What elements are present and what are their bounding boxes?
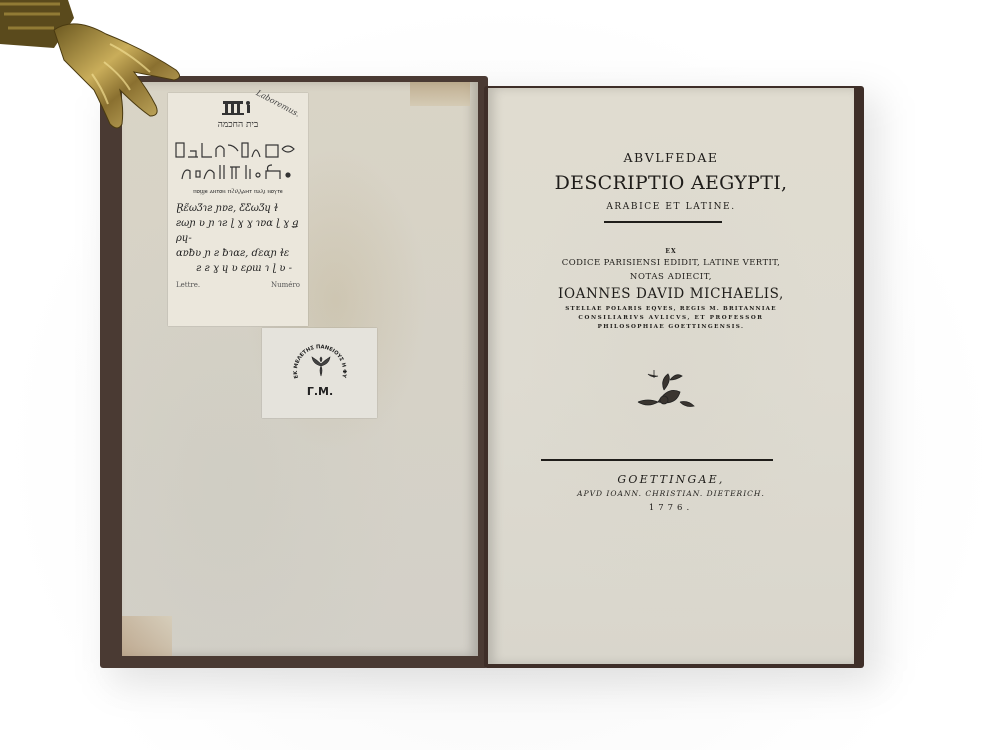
demotic-line: ɑɐƀʋ ɲ ƨ ƀɿɑƨ, ɗɛɑɲ ɫɛ <box>176 246 302 261</box>
bookplate-hieroglyphs <box>174 139 302 189</box>
title-page-editor: IOANNES DAVID MICHAELIS, <box>488 286 854 302</box>
phoenix-seal: ΕΚ ΜΕΛΕΤΗΣ ΠΑΝΕΙΟΥΣ Η ΦΥΣΕΩΣ ΑΓΑΘΟΙ Γ.Μ. <box>290 342 350 402</box>
ex-libris-bookplate-greek: ΕΚ ΜΕΛΕΤΗΣ ΠΑΝΕΙΟΥΣ Η ΦΥΣΕΩΣ ΑΓΑΘΟΙ Γ.Μ. <box>262 328 377 418</box>
phoenix-icon <box>310 356 332 383</box>
bookplate-number-label: Numéro <box>271 281 300 289</box>
demotic-line: ƨωɲ ʋ ɲ ɿƨ ɭ ɣ ɣ ɿɐɑ ɭ ɣ ǥ ρɥ- <box>176 216 302 246</box>
ex-libris-bookplate-egyptian: Laboremus. בית החכמה ⲡⲟϣⲉ ⲁⲛⲧⲟⲛ ⲡϩⲓⲗⲗⲁⲙⲧ… <box>168 93 308 326</box>
title-page-line-1: CODICE PARISIENSI EDIDIT, LATINE VERTIT, <box>488 258 854 268</box>
foxing-stain <box>122 616 172 656</box>
foxing-stain <box>410 82 470 106</box>
title-page-ex: EX <box>488 248 854 255</box>
title-page-line-2: NOTAS ADIECIT, <box>488 272 854 282</box>
title-page-title: DESCRIPTIO AEGYPTI, <box>488 172 854 194</box>
title-page-editor-desc-2: CONSILIARIVS AVLICVS, ET PROFESSOR <box>488 315 854 321</box>
imprint-year: 1776. <box>488 503 854 513</box>
title-page-subtitle: ARABICE ET LATINE. <box>488 202 854 212</box>
bookplate-motto: Laboremus. <box>255 88 302 118</box>
brass-hand-paperweight <box>0 0 180 150</box>
bookplate-letter-label: Lettre. <box>176 281 200 289</box>
demotic-line: Ɽɛ̃ωƷɿƨ ɲɐƨ, ƸƸωƷɥ ɫ <box>176 201 302 216</box>
imprint-rule <box>541 459 773 461</box>
demotic-line: ƨ ƨ ɣ ɥ ʋ ɛρɯ ɿ ɭ ʋ - <box>176 261 302 276</box>
bookplate-demotic-script: Ɽɛ̃ωƷɿƨ ɲɐƨ, ƸƸωƷɥ ɫ ƨωɲ ʋ ɲ ɿƨ ɭ ɣ ɣ ɿɐ… <box>176 201 302 276</box>
imprint-place: GOETTINGAE, <box>488 473 854 486</box>
floral-ornament-icon <box>628 366 698 416</box>
title-page-editor-desc-1: STELLAE POLARIS EQVES, REGIS M. BRITANNI… <box>488 306 854 312</box>
imprint-printer: APVD IOANN. CHRISTIAN. DIETERICH. <box>488 489 854 498</box>
title-rule <box>604 221 722 223</box>
bookplate-coptic-text: ⲡⲟϣⲉ ⲁⲛⲧⲟⲛ ⲡϩⲓⲗⲗⲁⲙⲧ ⲡⲁⲗⲓ ⲛⲟⲩⲧⲉ <box>172 187 304 196</box>
bookplate-hebrew-text: בית החכמה <box>168 119 308 130</box>
title-page: ABVLFEDAE DESCRIPTIO AEGYPTI, ARABICE ET… <box>488 88 854 664</box>
title-page-editor-desc-3: PHILOSOPHIAE GOETTINGENSIS. <box>488 324 854 330</box>
temple-icon <box>222 99 252 118</box>
seal-monogram: Γ.Μ. <box>290 385 350 398</box>
title-page-author: ABVLFEDAE <box>488 150 854 165</box>
